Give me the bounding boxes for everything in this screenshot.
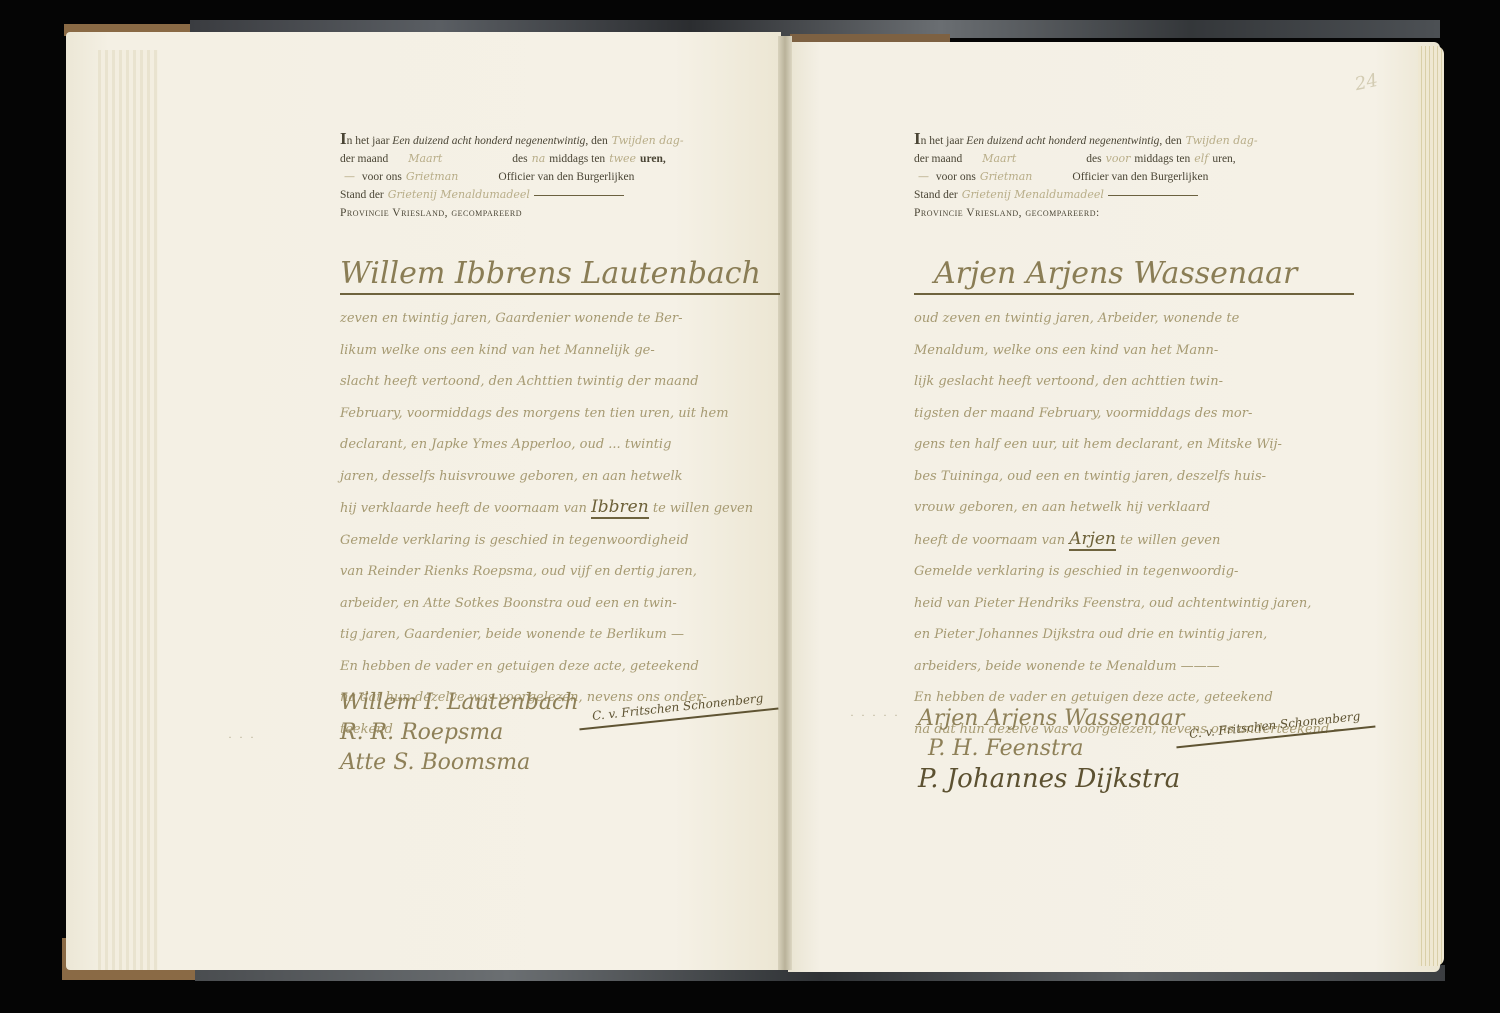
month-field: Maart [962, 152, 1086, 165]
signature-witness-2: Atte S. Boomsma [340, 748, 579, 778]
left-signatures: Willem I. Lautenbach R. R. Roepsma Atte … [340, 688, 579, 778]
right-page-edges [1418, 46, 1444, 966]
day-field: Twijden dag- [1182, 134, 1262, 147]
official-title-field: Grietman [976, 170, 1073, 183]
municipality-field: Grietenij Menaldumadeel [958, 188, 1108, 201]
signature-father: Arjen Arjens Wassenaar [918, 704, 1184, 734]
day-field: Twijden dag- [608, 134, 688, 147]
margin-marks: · · · · · [850, 708, 900, 723]
signature-witness-1: R. R. Roepsma [340, 718, 579, 748]
hour-field: elf [1190, 152, 1212, 165]
child-name: Ibbren [591, 497, 649, 519]
municipality-field: Grietenij Menaldumadeel [384, 188, 534, 201]
declarant-name: Willem Ibbrens Lautenbach [340, 256, 780, 295]
child-name: Arjen [1069, 529, 1116, 551]
official-title-field: Grietman [402, 170, 499, 183]
time-of-day-field: na [528, 152, 550, 165]
margin-marks: · · · [228, 730, 256, 745]
hour-field: twee [605, 152, 640, 165]
record-body: zeven en twintig jaren, Gaardenier wonen… [340, 303, 780, 745]
printed-header: In het jaar Een duizend acht honderd neg… [914, 130, 1354, 222]
signature-witness-2: P. Johannes Dijkstra [918, 764, 1184, 794]
signature-witness-1: P. H. Feenstra [918, 734, 1184, 764]
time-of-day-field: voor [1102, 152, 1135, 165]
declarant-name: Arjen Arjens Wassenaar [914, 256, 1354, 295]
left-birth-record: In het jaar Een duizend acht honderd neg… [340, 130, 780, 745]
left-page-edges [98, 50, 158, 970]
record-body: oud zeven en twintig jaren, Arbeider, wo… [914, 303, 1354, 745]
month-field: Maart [388, 152, 512, 165]
book-gutter [778, 36, 792, 970]
printed-header: In het jaar Een duizend acht honderd neg… [340, 130, 780, 222]
right-birth-record: In het jaar Een duizend acht honderd neg… [914, 130, 1354, 745]
right-signatures: Arjen Arjens Wassenaar P. H. Feenstra P.… [918, 704, 1184, 794]
signature-father: Willem I. Lautenbach [340, 688, 579, 718]
